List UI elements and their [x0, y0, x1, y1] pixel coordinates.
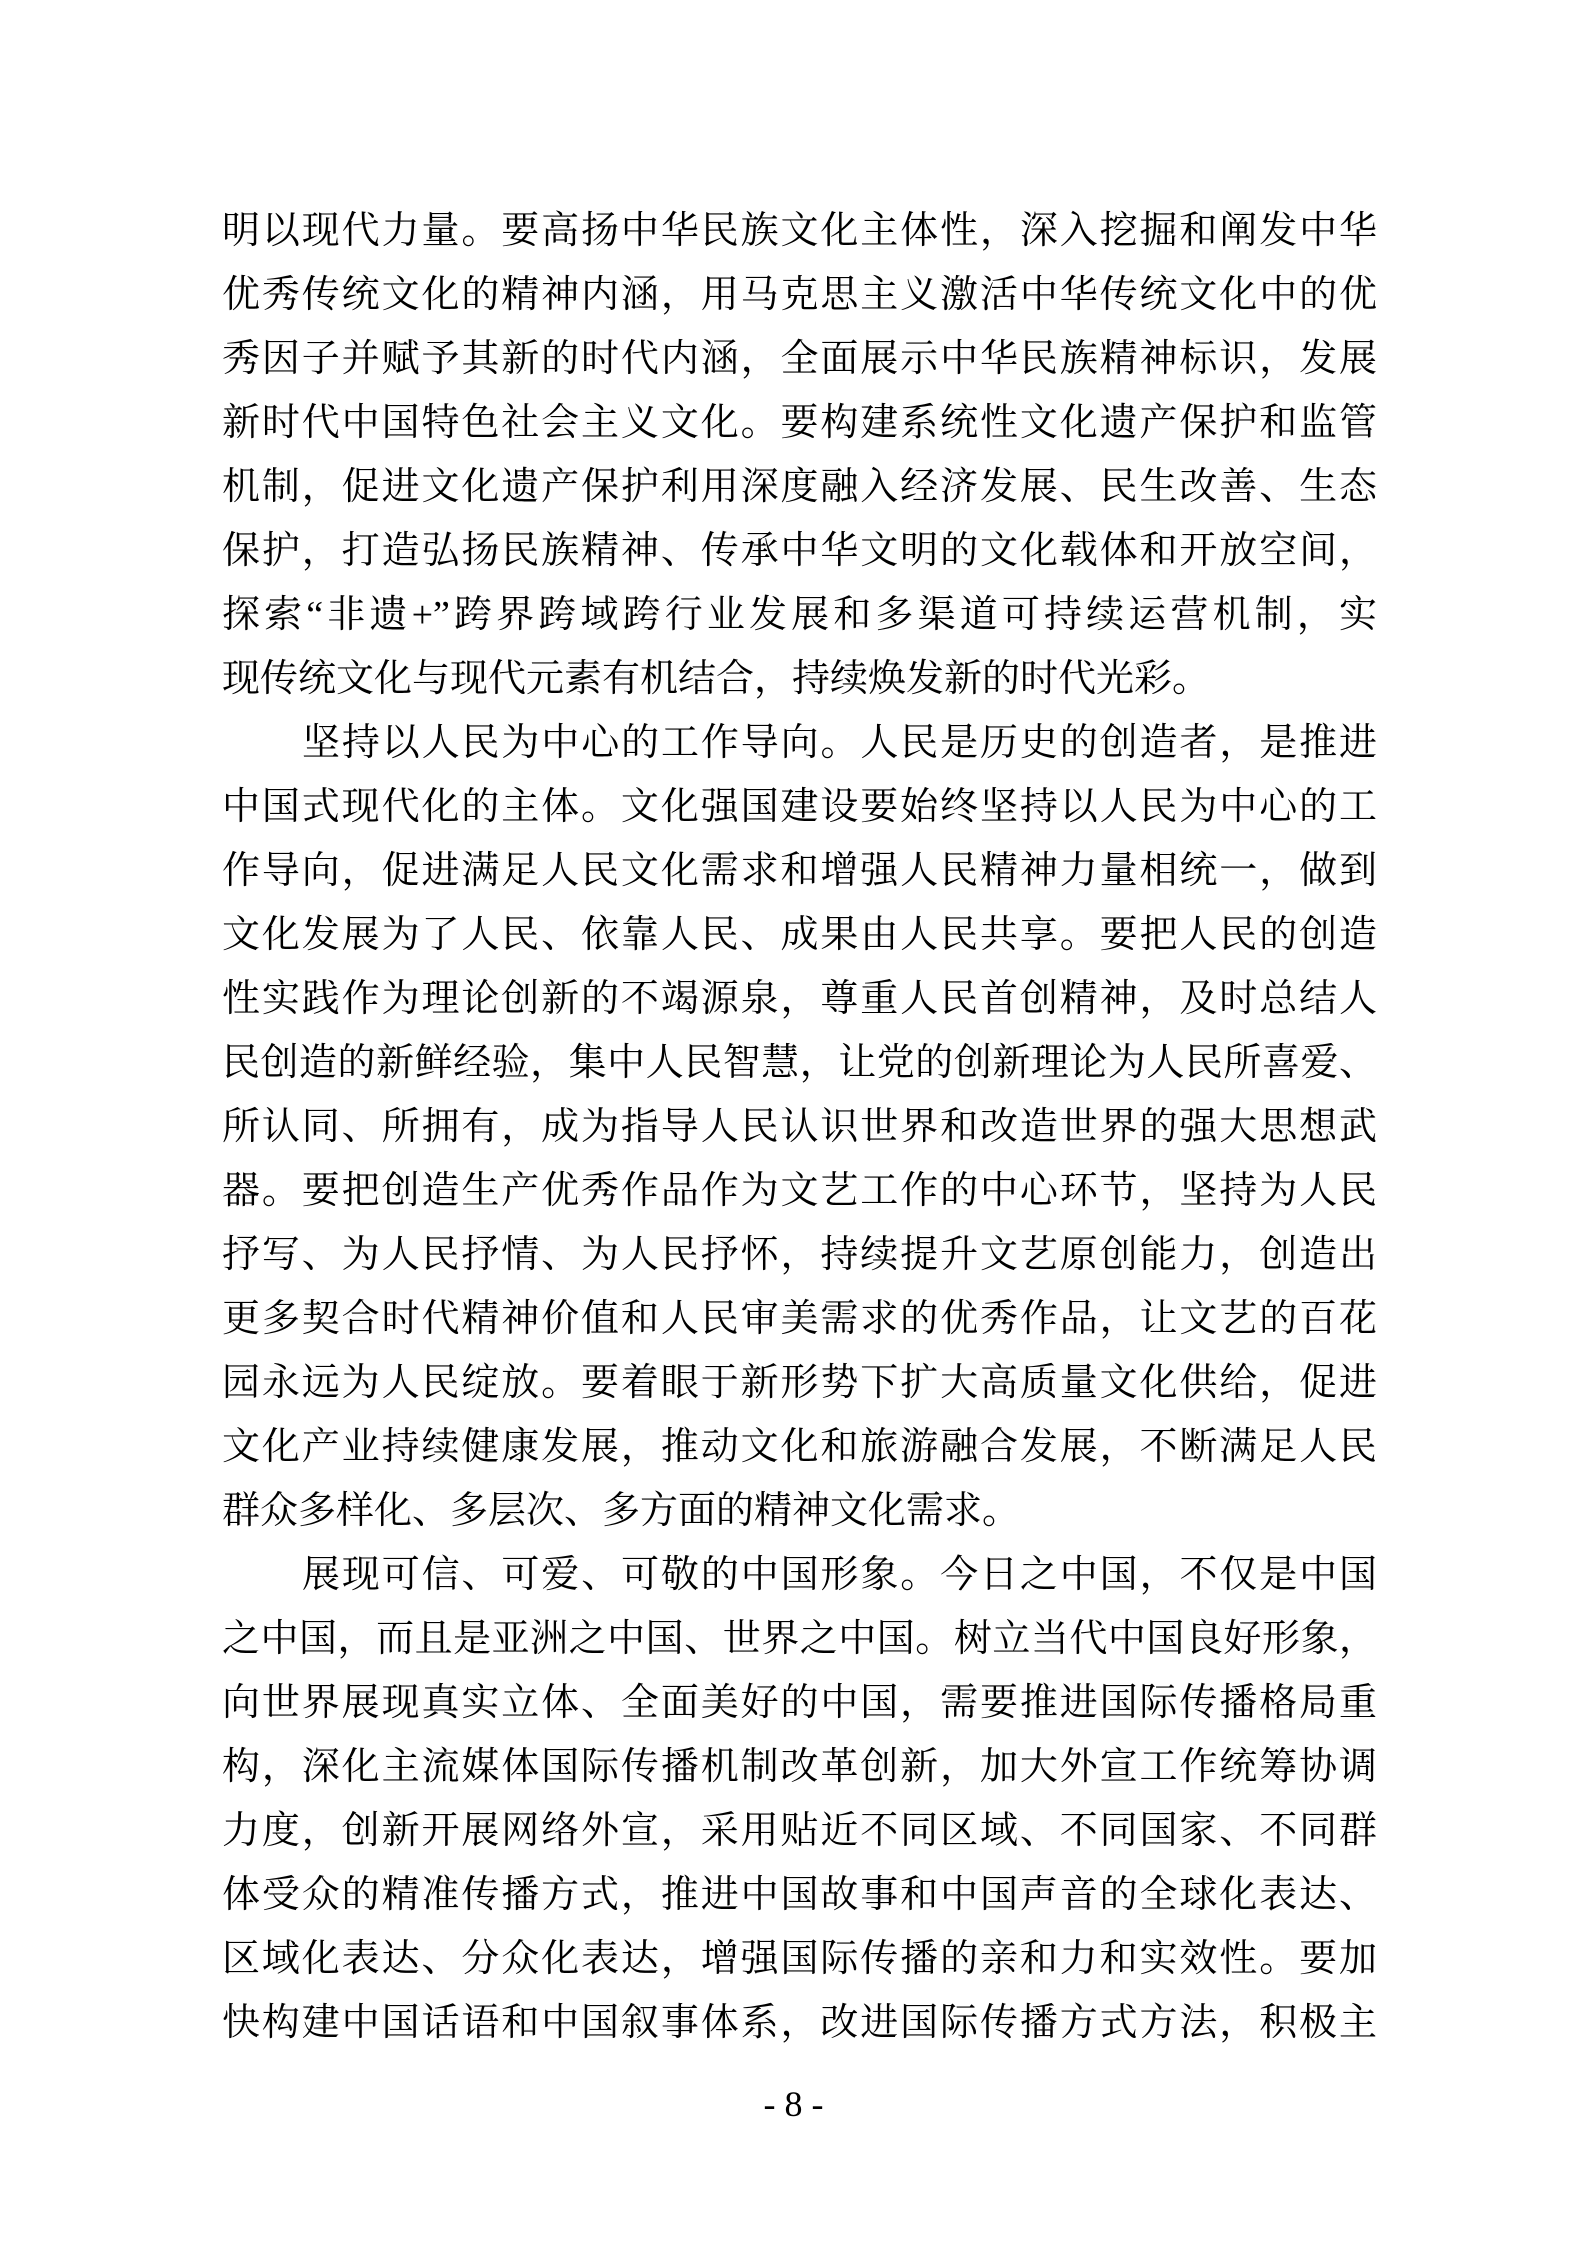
text-line: 作导向，促进满足人民文化需求和增强人民精神力量相统一，做到: [222, 839, 1377, 903]
text-line: 性实践作为理论创新的不竭源泉，尊重人民首创精神，及时总结人: [222, 967, 1377, 1031]
text-line: 新时代中国特色社会主义文化。要构建系统性文化遗产保护和监管: [222, 391, 1377, 455]
text-line: 保护，打造弘扬民族精神、传承中华文明的文化载体和开放空间，: [222, 519, 1377, 583]
text-line: 坚持以人民为中心的工作导向。人民是历史的创造者，是推进: [222, 711, 1377, 775]
text-line: 文化发展为了人民、依靠人民、成果由人民共享。要把人民的创造: [222, 903, 1377, 967]
text-line: 明以现代力量。要高扬中华民族文化主体性，深入挖掘和阐发中华: [222, 199, 1377, 263]
text-line: 探索“非遗+”跨界跨域跨行业发展和多渠道可持续运营机制，实: [222, 583, 1377, 647]
text-line: 秀因子并赋予其新的时代内涵，全面展示中华民族精神标识，发展: [222, 327, 1377, 391]
text-line: 快构建中国话语和中国叙事体系，改进国际传播方式方法，积极主: [222, 1991, 1377, 2055]
text-line: 所认同、所拥有，成为指导人民认识世界和改造世界的强大思想武: [222, 1095, 1377, 1159]
text-line: 区域化表达、分众化表达，增强国际传播的亲和力和实效性。要加: [222, 1927, 1377, 1991]
text-line: 文化产业持续健康发展，推动文化和旅游融合发展，不断满足人民: [222, 1415, 1377, 1479]
document-page: 明以现代力量。要高扬中华民族文化主体性，深入挖掘和阐发中华优秀传统文化的精神内涵…: [0, 0, 1587, 2245]
text-line: 机制，促进文化遗产保护利用深度融入经济发展、民生改善、生态: [222, 455, 1377, 519]
text-line: 力度，创新开展网络外宣，采用贴近不同区域、不同国家、不同群: [222, 1799, 1377, 1863]
text-line: 向世界展现真实立体、全面美好的中国，需要推进国际传播格局重: [222, 1671, 1377, 1735]
text-line: 更多契合时代精神价值和人民审美需求的优秀作品，让文艺的百花: [222, 1287, 1377, 1351]
text-line: 民创造的新鲜经验，集中人民智慧，让党的创新理论为人民所喜爱、: [222, 1031, 1377, 1095]
text-line: 体受众的精准传播方式，推进中国故事和中国声音的全球化表达、: [222, 1863, 1377, 1927]
text-line: 器。要把创造生产优秀作品作为文艺工作的中心环节，坚持为人民: [222, 1159, 1377, 1223]
text-line: 构，深化主流媒体国际传播机制改革创新，加大外宣工作统筹协调: [222, 1735, 1377, 1799]
page-number: - 8 -: [0, 2082, 1587, 2126]
text-line: 现传统文化与现代元素有机结合，持续焕发新的时代光彩。: [222, 647, 1377, 711]
text-line: 优秀传统文化的精神内涵，用马克思主义激活中华传统文化中的优: [222, 263, 1377, 327]
text-line: 之中国，而且是亚洲之中国、世界之中国。树立当代中国良好形象，: [222, 1607, 1377, 1671]
text-block: 明以现代力量。要高扬中华民族文化主体性，深入挖掘和阐发中华优秀传统文化的精神内涵…: [222, 199, 1377, 2055]
text-line: 园永远为人民绽放。要着眼于新形势下扩大高质量文化供给，促进: [222, 1351, 1377, 1415]
text-line: 抒写、为人民抒情、为人民抒怀，持续提升文艺原创能力，创造出: [222, 1223, 1377, 1287]
text-line: 展现可信、可爱、可敬的中国形象。今日之中国，不仅是中国: [222, 1543, 1377, 1607]
text-line: 中国式现代化的主体。文化强国建设要始终坚持以人民为中心的工: [222, 775, 1377, 839]
text-line: 群众多样化、多层次、多方面的精神文化需求。: [222, 1479, 1377, 1543]
